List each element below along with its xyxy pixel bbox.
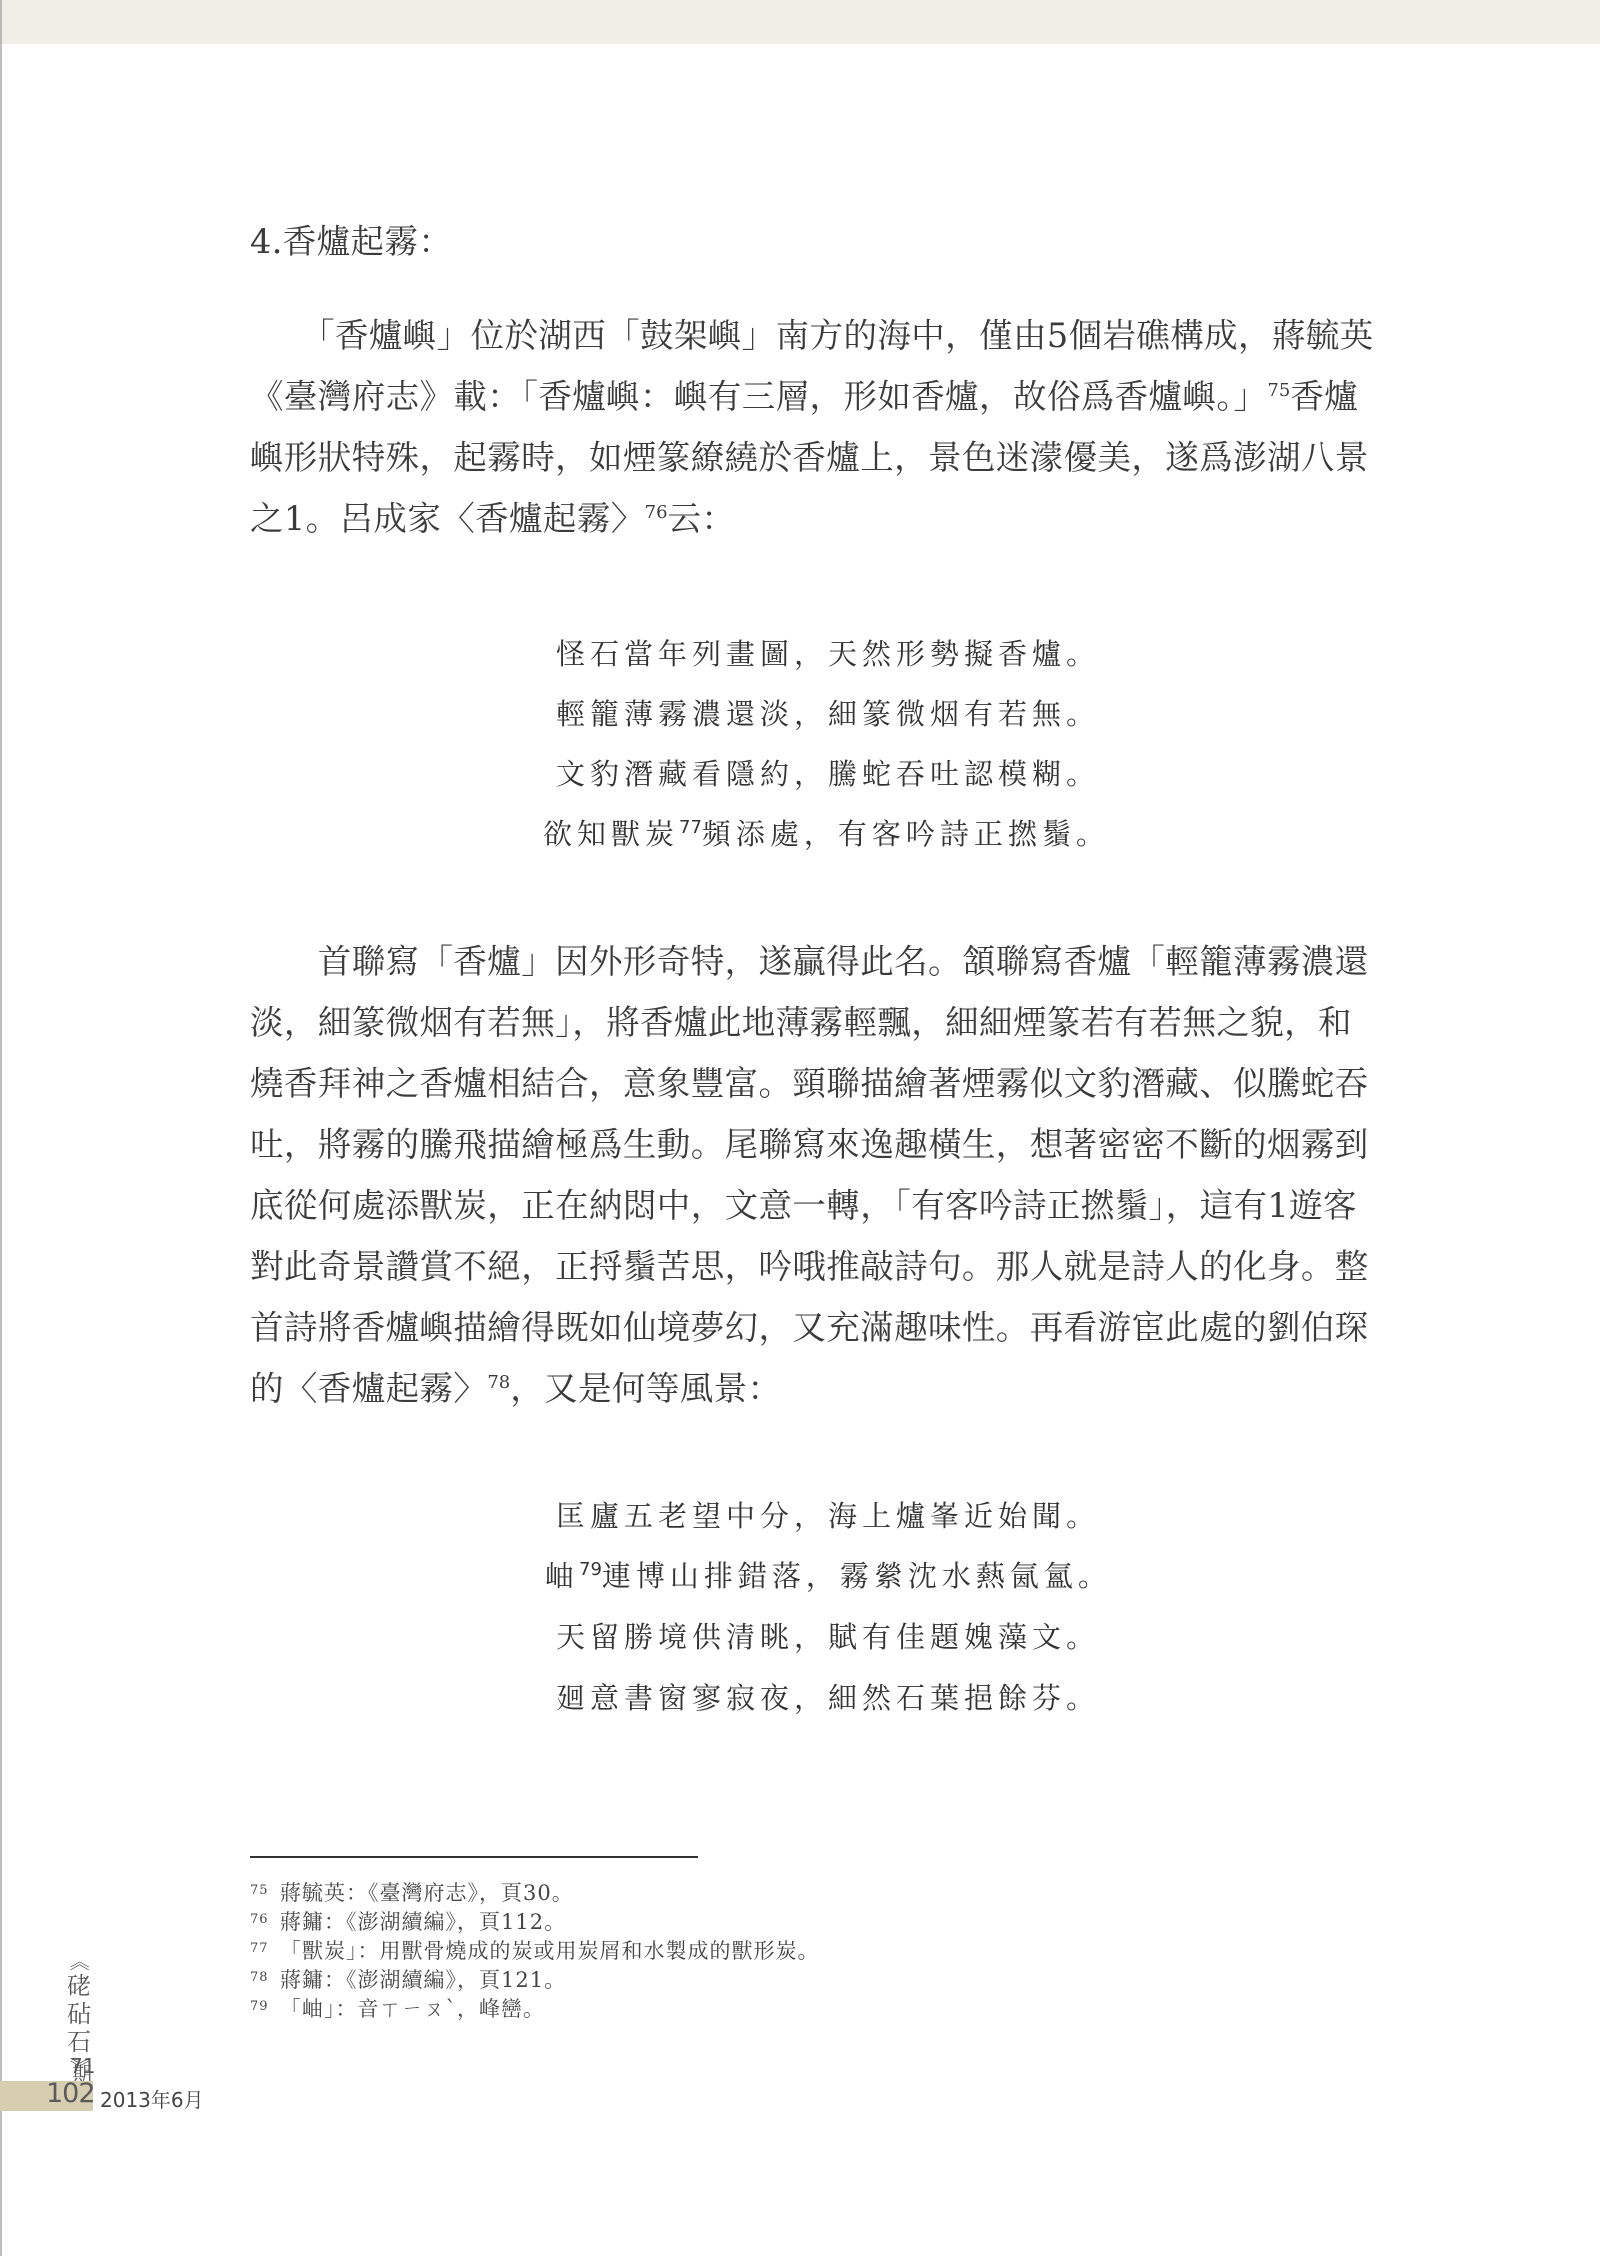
footnote-number: 79 <box>250 1994 280 2020</box>
paragraph1-line4-tail: 云： <box>668 499 736 538</box>
paragraph1-line3: 嶼形狀特殊，起霧時，如煙篆繚繞於香爐上，景色迷濛優美，遂爲澎湖八景 <box>250 438 1369 478</box>
footnote-79: 79「岫」：音ㄒㄧㄡˋ，峰巒。 <box>250 1996 545 2022</box>
paragraph1-line1: 「香爐嶼」位於湖西「鼓架嶼」南方的海中，僅由5個岩礁構成，蔣毓英 <box>250 316 1374 356</box>
paragraph1-line2: 《臺灣府志》載：「香爐嶼：嶼有三層，形如香爐，故俗爲香爐嶼。」75香爐 <box>250 377 1358 417</box>
poem2-line2-head: 岫 <box>545 1559 579 1593</box>
footnote-text: 「岫」：音ㄒㄧㄡˋ，峰巒。 <box>280 1997 545 2021</box>
poem2-line1: 匡廬五老望中分，海上爐峯近始聞。 <box>556 1498 1100 1534</box>
footnote-text: 蔣鏞：《澎湖續編》，頁121。 <box>280 1968 566 1992</box>
poem1-line2: 輕籠薄霧濃還淡，細篆微烟有若無。 <box>556 696 1100 732</box>
footnote-78: 78蔣鏞：《澎湖續編》，頁121。 <box>250 1967 566 1993</box>
page-number: 102 <box>46 2078 95 2109</box>
footnote-number: 77 <box>250 1936 280 1962</box>
footnote-ref-78[interactable]: 78 <box>487 1372 510 1393</box>
paragraph1-line2-text: 《臺灣府志》載：「香爐嶼：嶼有三層，形如香爐，故俗爲香爐嶼。」 <box>250 377 1267 416</box>
paragraph2-line8-tail: ，又是何等風景： <box>510 1369 781 1408</box>
poem1-line4-tail: 頻添處，有客吟詩正撚鬚。 <box>702 817 1110 851</box>
footnote-text: 蔣毓英：《臺灣府志》，頁30。 <box>280 1881 574 1905</box>
footnote-ref-76[interactable]: 76 <box>645 502 668 523</box>
footnote-76: 76蔣鏞：《澎湖續編》，頁112。 <box>250 1909 566 1935</box>
footnote-ref-75[interactable]: 75 <box>1267 380 1290 401</box>
issue-date: 2013年6月 <box>100 2084 204 2113</box>
footnote-divider <box>250 1856 698 1858</box>
footnote-number: 78 <box>250 1965 280 1991</box>
paragraph2-line8: 的〈香爐起霧〉78，又是何等風景： <box>250 1369 781 1409</box>
footnote-text: 蔣鏞：《澎湖續編》，頁112。 <box>280 1910 566 1934</box>
poem1-line3: 文豹潛藏看隱約，騰蛇吞吐認模糊。 <box>556 756 1100 792</box>
poem2-line4: 廻意書窗寥寂夜，細然石葉挹餘芬。 <box>556 1680 1100 1716</box>
footnote-number: 76 <box>250 1907 280 1933</box>
poem1-line4: 欲知獸炭77頻添處，有客吟詩正撚鬚。 <box>543 816 1110 852</box>
paragraph1-line4: 之1。呂成家〈香爐起霧〉76云： <box>250 499 735 539</box>
footnote-ref-77[interactable]: 77 <box>679 817 702 838</box>
poem2-line3: 天留勝境供清眺，賦有佳題媿藻文。 <box>556 1619 1100 1655</box>
footnote-77: 77「獸炭」：用獸骨燒成的炭或用炭屑和水製成的獸形炭。 <box>250 1938 820 1964</box>
poem1-line4-head: 欲知獸炭 <box>543 817 679 851</box>
footnote-text: 「獸炭」：用獸骨燒成的炭或用炭屑和水製成的獸形炭。 <box>280 1939 820 1963</box>
paragraph2-line1: 首聯寫「香爐」因外形奇特，遂贏得此名。頷聯寫香爐「輕籠薄霧濃還 <box>250 942 1369 982</box>
poem2-line2-tail: 連博山排錯落，霧縈沈水爇氤氳。 <box>602 1559 1112 1593</box>
footnote-75: 75蔣毓英：《臺灣府志》，頁30。 <box>250 1880 574 1906</box>
paragraph2-line6: 對此奇景讚賞不絕，正捋鬚苦思，吟哦推敲詩句。那人就是詩人的化身。整 <box>250 1247 1369 1287</box>
section-heading: 4.香爐起霧： <box>250 222 452 262</box>
poem2-line2: 岫79連博山排錯落，霧縈沈水爇氤氳。 <box>545 1558 1112 1594</box>
paragraph2-line8-text: 的〈香爐起霧〉 <box>250 1369 487 1408</box>
paragraph1-line4-text: 之1。呂成家〈香爐起霧〉 <box>250 499 645 538</box>
paragraph2-line2: 淡，細篆微烟有若無」，將香爐此地薄霧輕飄，細細煙篆若有若無之貌，和 <box>250 1003 1352 1043</box>
paragraph1-line2-tail: 香爐 <box>1290 377 1358 416</box>
footnote-number: 75 <box>250 1878 280 1904</box>
paragraph2-line7: 首詩將香爐嶼描繪得既如仙境夢幻，又充滿趣味性。再看游宦此處的劉伯琛 <box>250 1308 1369 1348</box>
paragraph2-line4: 吐，將霧的騰飛描繪極爲生動。尾聯寫來逸趣橫生，想著密密不斷的烟霧到 <box>250 1125 1369 1165</box>
title-char-1: 硓 <box>64 1972 94 2000</box>
paragraph2-line3: 燒香拜神之香爐相結合，意象豐富。頸聯描繪著煙霧似文豹潛藏、似騰蛇吞 <box>250 1064 1369 1104</box>
issue-unit-wrap: 期 <box>70 2058 94 2078</box>
title-bracket-open: 《 <box>68 1946 90 1976</box>
poem1-line1: 怪石當年列畫圖，天然形勢擬香爐。 <box>556 636 1100 672</box>
footnote-ref-79[interactable]: 79 <box>579 1559 602 1580</box>
page-left-edge <box>0 0 2 2256</box>
paragraph2-line5: 底從何處添獸炭，正在納悶中，文意一轉，「有客吟詩正撚鬚」，這有1遊客 <box>250 1186 1357 1226</box>
title-char-2: 砧 <box>64 2000 94 2028</box>
scan-top-band <box>0 0 1600 44</box>
